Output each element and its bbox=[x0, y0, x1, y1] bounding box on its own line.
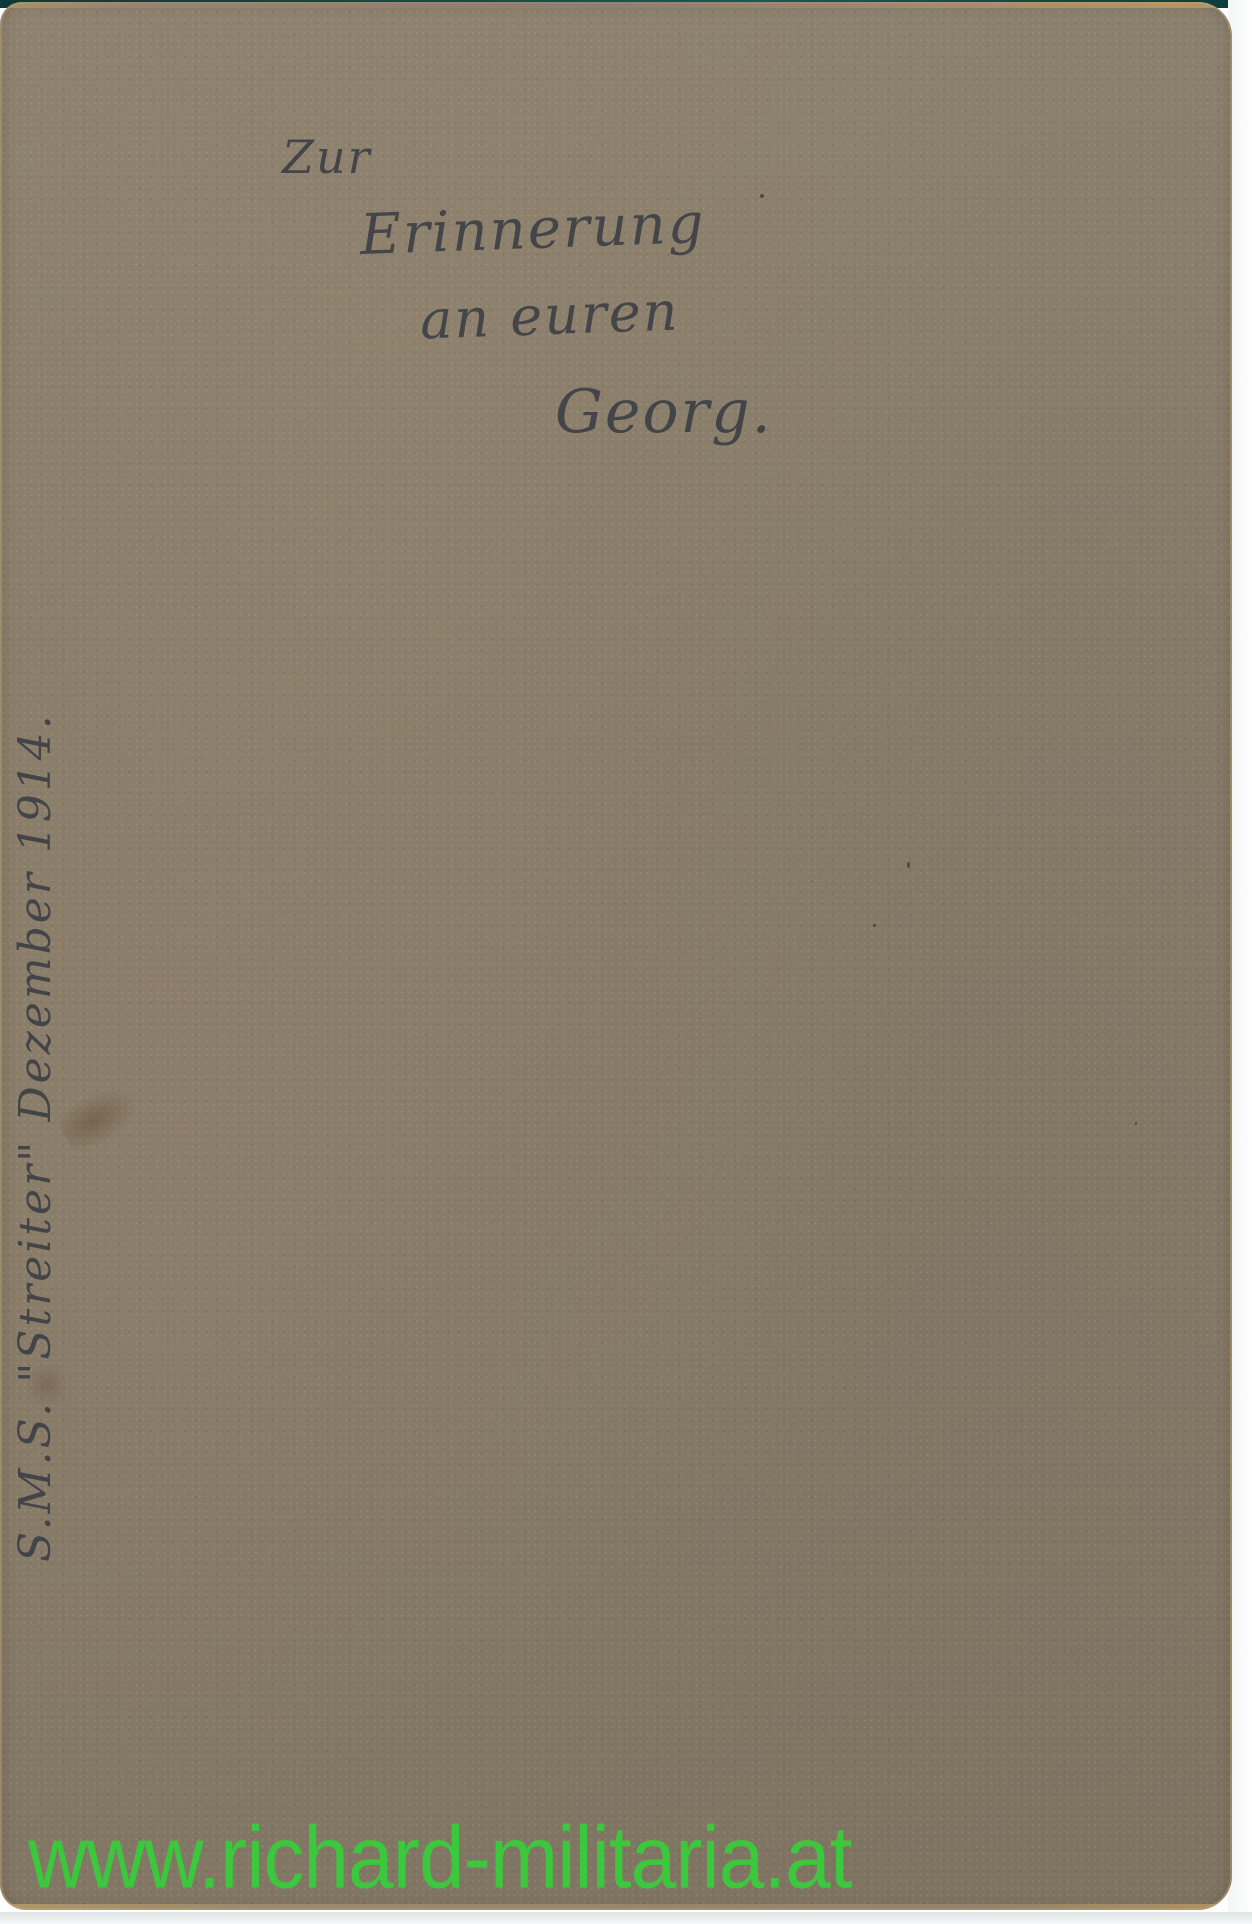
photo-card-back: Zur Erinnerung an euren Georg. S.M.S. "S… bbox=[0, 2, 1232, 1910]
edge-wear-top bbox=[0, 2, 1232, 8]
paper-speck bbox=[907, 862, 910, 868]
scanner-background-bottom bbox=[0, 1912, 1252, 1924]
inscription-signature: Georg. bbox=[555, 377, 773, 447]
website-watermark: www.richard-militaria.at bbox=[28, 1814, 852, 1903]
inscription-line-1: Zur bbox=[282, 130, 372, 184]
side-note-vertical: S.M.S. "Streiter" Dezember 1914. bbox=[10, 712, 61, 1562]
paper-speck bbox=[760, 194, 764, 198]
inscription-line-3: an euren bbox=[419, 279, 680, 351]
paper-speck bbox=[1135, 1122, 1137, 1125]
paper-speck bbox=[873, 924, 876, 927]
inscription-line-2: Erinnerung bbox=[359, 191, 707, 268]
